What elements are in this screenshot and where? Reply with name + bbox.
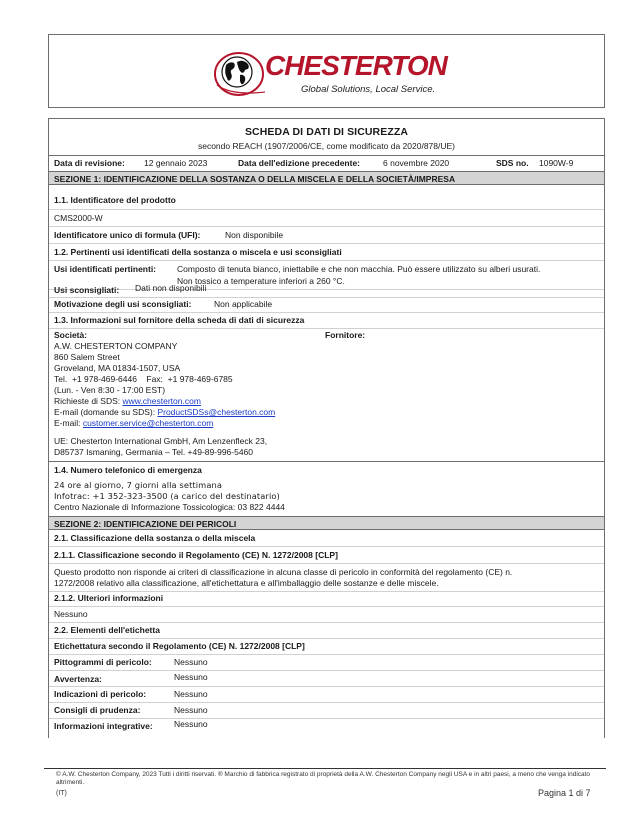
divider: [49, 289, 604, 290]
s21-title: 2.1. Classificazione della sostanza o de…: [54, 533, 255, 543]
divider: [49, 606, 604, 607]
divider: [49, 670, 604, 671]
label-row-label: Avvertenza:: [54, 674, 102, 684]
company-line: 860 Salem Street: [54, 352, 120, 362]
product-name: CMS2000-W: [54, 213, 103, 223]
label-row: Indicazioni di pericolo: Nessuno: [54, 689, 146, 699]
label-row-value: Nessuno: [174, 705, 208, 715]
reason-row: Motivazione degli usi sconsigliati: Non …: [54, 299, 191, 309]
supplier-label: Fornitore:: [325, 330, 365, 340]
tagline: Global Solutions, Local Service.: [301, 84, 435, 95]
revision-value: 12 gennaio 2023: [144, 158, 207, 168]
label-row-label: Consigli di prudenza:: [54, 705, 140, 715]
label-row-value: Nessuno: [174, 689, 208, 699]
customer-service-email-link[interactable]: customer.service@chesterton.com: [83, 418, 214, 428]
logo-header: CHESTERTON ® Global Solutions, Local Ser…: [48, 34, 605, 108]
prev-edition-value: 6 novembre 2020: [383, 158, 449, 168]
company-line: (Lun. - Ven 8:30 - 17:00 EST): [54, 385, 165, 395]
footer-copyright: © A.W. Chesterton Company, 2023 Tutti i …: [56, 771, 596, 787]
ufi-value: Non disponibile: [225, 230, 283, 240]
divider: [49, 654, 604, 655]
s212-title: 2.1.2. Ulteriori informazioni: [54, 593, 163, 603]
s211-text: Questo prodotto non risponde ai criteri …: [54, 567, 512, 577]
label-row-label: Pittogrammi di pericolo:: [54, 657, 152, 667]
advised-against-value: Dati non disponibili: [135, 283, 206, 293]
label-row-value: Nessuno: [174, 719, 208, 729]
divider: [49, 718, 604, 719]
uses-label: Usi identificati pertinenti:: [54, 264, 156, 274]
divider: [49, 546, 604, 547]
uses-row: Usi identificati pertinenti:: [54, 264, 156, 274]
divider: [49, 702, 604, 703]
divider: [49, 461, 604, 462]
sds-number-label: SDS no.: [496, 158, 529, 168]
divider: [49, 297, 604, 298]
divider: [49, 209, 604, 210]
revision-label: Data di revisione:: [54, 158, 125, 168]
email-sds-label: E-mail (domande su SDS):: [54, 407, 157, 417]
advised-against-label: Usi sconsigliati:: [54, 285, 119, 295]
meta-row: Data di revisione: 12 gennaio 2023 Data …: [49, 155, 604, 172]
label-row: Consigli di prudenza: Nessuno: [54, 705, 140, 715]
company-line: Groveland, MA 01834-1507, USA: [54, 363, 180, 373]
s12-title: 1.2. Pertinenti usi identificati della s…: [54, 247, 342, 257]
email-sds-row: E-mail (domande su SDS): ProductSDSs@che…: [54, 407, 275, 417]
footer-divider: [44, 768, 606, 769]
label-row-label: Indicazioni di pericolo:: [54, 689, 146, 699]
label-row: Pittogrammi di pericolo: Nessuno: [54, 657, 152, 667]
website-link[interactable]: www.chesterton.com: [123, 396, 201, 406]
s212-value: Nessuno: [54, 609, 88, 619]
company-line: Tel. +1 978-469-6446 Fax: +1 978-469-678…: [54, 374, 233, 384]
document-subtitle: secondo REACH (1907/2006/CE, come modifi…: [49, 141, 604, 151]
uses-value-1: Composto di tenuta bianco, iniettabile e…: [177, 264, 540, 274]
footer-language-code: (IT): [56, 790, 67, 797]
page-number: Pagina 1 di 7: [538, 788, 591, 798]
advised-against: Usi sconsigliati: Dati non disponibili: [54, 285, 119, 295]
divider: [49, 226, 604, 227]
label-row-label: Informazioni integrative:: [54, 721, 153, 731]
section-1-heading-text: SEZIONE 1: IDENTIFICAZIONE DELLA SOSTANZ…: [54, 174, 455, 184]
divider: [49, 260, 604, 261]
s14-title: 1.4. Numero telefonico di emergenza: [54, 465, 202, 475]
ufi-row: Identificatore unico di formula (UFI): N…: [54, 230, 200, 240]
section-1-heading: SEZIONE 1: IDENTIFICAZIONE DELLA SOSTANZ…: [49, 171, 604, 185]
divider: [49, 686, 604, 687]
s11-title: 1.1. Identificatore del prodotto: [54, 195, 176, 205]
registered-mark: ®: [439, 71, 443, 77]
company-label: Società:: [54, 330, 87, 340]
chesterton-logo: CHESTERTON ® Global Solutions, Local Ser…: [213, 50, 453, 98]
prev-edition-label: Data dell'edizione precedente:: [238, 158, 360, 168]
label-row: Informazioni integrative: Nessuno: [54, 721, 153, 731]
divider: [49, 328, 604, 329]
ufi-label: Identificatore unico di formula (UFI):: [54, 230, 200, 240]
brand-name: CHESTERTON: [265, 50, 447, 82]
globe-icon: [213, 51, 265, 97]
emergency-line: Infotrac: +1 352-323-3500 (a carico del …: [54, 491, 280, 501]
email-label: E-mail:: [54, 418, 83, 428]
product-sds-email-link[interactable]: ProductSDSs@chesterton.com: [157, 407, 275, 417]
s211-title: 2.1.1. Classificazione secondo il Regola…: [54, 550, 338, 560]
label-row-value: Nessuno: [174, 672, 208, 682]
eu-line-2: D85737 Ismaning, Germania – Tel. +49-89-…: [54, 447, 253, 457]
reason-label: Motivazione degli usi sconsigliati:: [54, 299, 191, 309]
divider: [49, 243, 604, 244]
divider: [49, 638, 604, 639]
s211-text: 1272/2008 relativo alla classificazione,…: [54, 578, 439, 588]
title-block: SCHEDA DI DATI DI SICUREZZA secondo REAC…: [49, 119, 604, 156]
divider: [49, 591, 604, 592]
label-row-value: Nessuno: [174, 657, 208, 667]
section-2-heading: SEZIONE 2: IDENTIFICAZIONE DEI PERICOLI: [49, 516, 604, 530]
reason-value: Non applicabile: [214, 299, 272, 309]
sds-requests-label: Richieste di SDS:: [54, 396, 123, 406]
divider: [49, 312, 604, 313]
email-row: E-mail: customer.service@chesterton.com: [54, 418, 213, 428]
divider: [49, 563, 604, 564]
divider: [49, 622, 604, 623]
emergency-line: 24 ore al giorno, 7 giorni alla settiman…: [54, 480, 222, 490]
section-2-heading-text: SEZIONE 2: IDENTIFICAZIONE DEI PERICOLI: [54, 519, 236, 529]
label-title: Etichettatura secondo il Regolamento (CE…: [54, 641, 305, 651]
document-title: SCHEDA DI DATI DI SICUREZZA: [49, 126, 604, 138]
eu-line-1: UE: Chesterton International GmbH, Am Le…: [54, 436, 267, 446]
company-line: A.W. CHESTERTON COMPANY: [54, 341, 177, 351]
sds-number-value: 1090W-9: [539, 158, 573, 168]
sds-document: SCHEDA DI DATI DI SICUREZZA secondo REAC…: [48, 118, 605, 738]
label-row: Avvertenza: Nessuno: [54, 674, 102, 684]
emergency-line: Centro Nazionale di Informazione Tossico…: [54, 502, 285, 512]
sds-requests-row: Richieste di SDS: www.chesterton.com: [54, 396, 201, 406]
s13-title: 1.3. Informazioni sul fornitore della sc…: [54, 315, 304, 325]
s22-title: 2.2. Elementi dell'etichetta: [54, 625, 160, 635]
